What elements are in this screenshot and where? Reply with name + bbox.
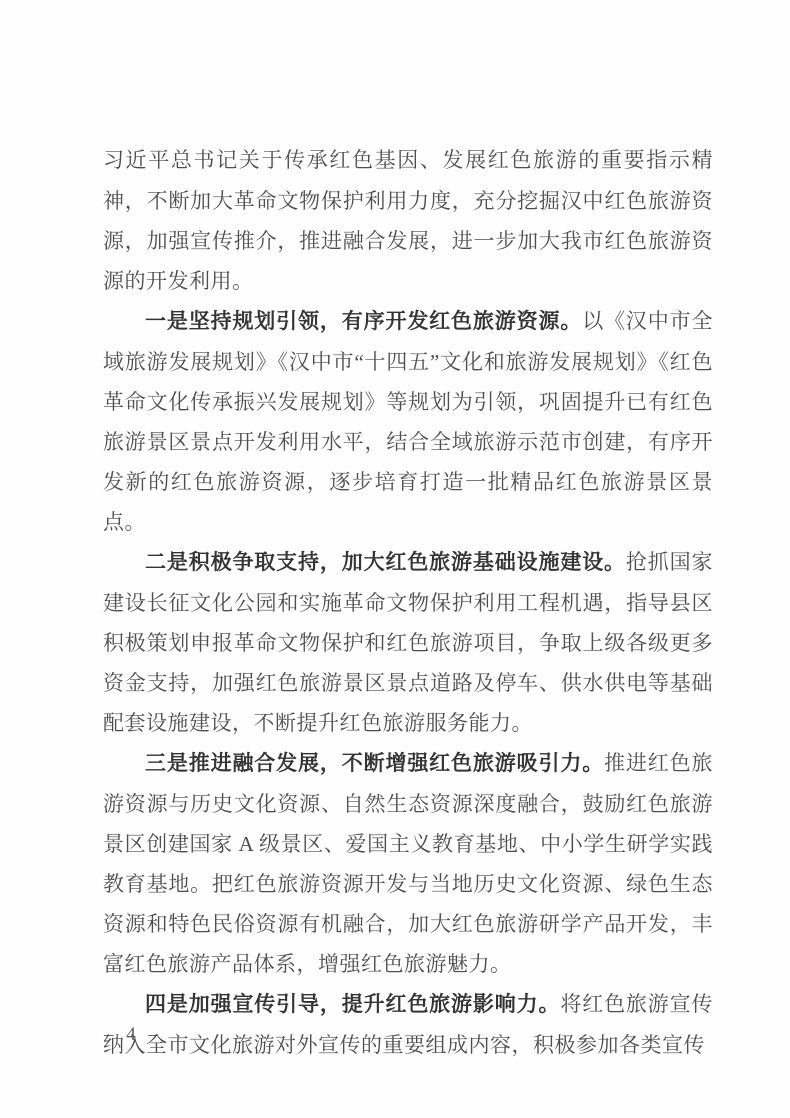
paragraph-1-text: 习近平总书记关于传承红色基因、发展红色旅游的重要指示精神，不断加大革命文物保护利… [103,148,713,293]
paragraph-3-lead: 二是积极争取支持，加大红色旅游基础设施建设。 [145,551,626,574]
document-page: 习近平总书记关于传承红色基因、发展红色旅游的重要指示精神，不断加大革命文物保护利… [0,0,790,1118]
paragraph-4-lead: 三是推进融合发展，不断增强红色旅游吸引力。 [145,752,604,775]
paragraph-continuation: 习近平总书记关于传承红色基因、发展红色旅游的重要指示精神，不断加大革命文物保护利… [103,140,713,301]
paragraph-4-text: 推进红色旅游资源与历史文化资源、自然生态资源深度融合，鼓励红色旅游景区创建国家 … [103,751,713,976]
paragraph-point-four: 四是加强宣传引导，提升红色旅游影响力。将红色旅游宣传纳入全市文化旅游对外宣传的重… [103,984,713,1065]
page-number: – 4 – [104,1023,162,1047]
paragraph-5-lead: 四是加强宣传引导，提升红色旅游影响力。 [145,993,560,1016]
paragraph-point-one: 一是坚持规划引领，有序开发红色旅游资源。以《汉中市全域旅游发展规划》《汉中市“十… [103,301,713,542]
paragraph-point-three: 三是推进融合发展，不断增强红色旅游吸引力。推进红色旅游资源与历史文化资源、自然生… [103,743,713,984]
paragraph-2-lead: 一是坚持规划引领，有序开发红色旅游资源。 [145,310,582,333]
paragraph-3-text: 抢抓国家建设长征文化公园和实施革命文物保护利用工程机遇，指导县区积极策划申报革命… [103,550,713,735]
document-body: 习近平总书记关于传承红色基因、发展红色旅游的重要指示精神，不断加大革命文物保护利… [103,140,713,1065]
paragraph-2-text: 以《汉中市全域旅游发展规划》《汉中市“十四五”文化和旅游发展规划》《红色革命文化… [103,309,713,534]
paragraph-point-two: 二是积极争取支持，加大红色旅游基础设施建设。抢抓国家建设长征文化公园和实施革命文… [103,542,713,743]
